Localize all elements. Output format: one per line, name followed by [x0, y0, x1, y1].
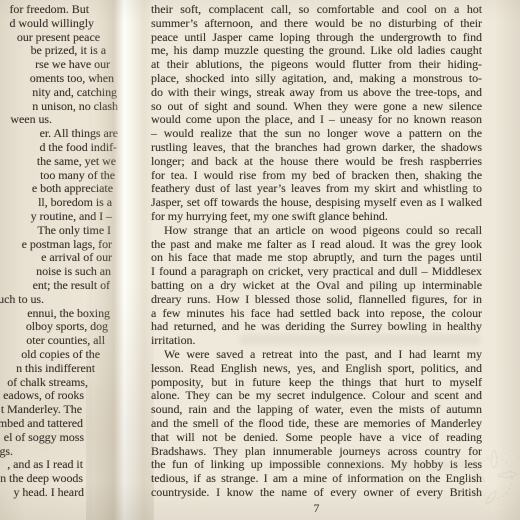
left-page-line: y head. I heard [0, 486, 84, 500]
text-line: do with their wings, streak away from us… [151, 86, 482, 100]
text-line: on his face that made me stop abruptly, … [151, 251, 482, 265]
text-line: rustling leaves, that the branches had g… [151, 141, 482, 155]
text-line: that will not be denied. Some people hav… [151, 431, 482, 445]
left-page-line: gs. [0, 445, 13, 459]
text-line: I found a paragraph on cricket, very pra… [151, 265, 482, 279]
text-line: alone. They can be my secret indulgence.… [151, 389, 482, 403]
right-page-text: their soft, complacent call, so comforta… [151, 3, 482, 500]
left-page-line: n this indifferent [0, 362, 95, 376]
text-line: peace until Jasper came loping through t… [151, 31, 482, 45]
text-line: place, shocked into silly agitation, and… [151, 72, 482, 86]
left-page-line: d would willingly [0, 17, 94, 31]
text-line: longer; and back at the house there woul… [151, 155, 482, 169]
paragraph: How strange that an article on wood pige… [151, 224, 482, 348]
left-page-line: , and as I read it [0, 458, 83, 472]
left-page-line: of chalk streams, [0, 376, 88, 390]
text-line: dreary runs. How I blessed those solid, … [151, 293, 482, 307]
left-page-line: old copies of the [0, 348, 100, 362]
text-line: Bradshaws. They plan innumerable journey… [151, 445, 482, 459]
text-line: We were saved a retreat into the past, a… [151, 348, 482, 362]
text-line: so out of sight and sound. When they wer… [151, 100, 482, 114]
left-page-line: much to us. [0, 293, 44, 307]
text-line: countryside. I know the name of every ow… [151, 486, 482, 500]
text-line: batting on a dry wicket at the Oval and … [151, 279, 482, 293]
page-number: 7 [151, 501, 482, 517]
left-page-line: eadows, of rooks [0, 389, 84, 403]
text-line: and the smell of the flood tide, these a… [151, 417, 482, 431]
left-page-line: ween us. [0, 113, 52, 127]
text-line: the past and make me falter as I read al… [151, 238, 482, 252]
text-line: lesson. Read English news, yes, and Engl… [151, 362, 482, 376]
text-line: would come upon the place, and I – uneas… [151, 113, 482, 127]
book-spread-photo: for freedom. Butd would willinglyour pre… [0, 0, 520, 520]
page-showthrough [240, 334, 480, 345]
watermark-stamp [456, 438, 520, 516]
paragraph: their soft, complacent call, so comforta… [151, 3, 482, 224]
left-page-line: mbed and tattered [0, 417, 83, 431]
left-page-line: for freedom. But [0, 3, 89, 17]
text-line: for tea. I would rise from my bed of bra… [151, 169, 482, 183]
text-line: summer’s afternoon, and there would be n… [151, 17, 482, 31]
left-page-line: t Manderley. The [0, 403, 82, 417]
text-line: their soft, complacent call, so comforta… [151, 3, 482, 17]
text-line: How strange that an article on wood pige… [151, 224, 482, 238]
text-line: tedious, if as strange. I am a mine of i… [151, 472, 482, 486]
text-line: me, his damp muzzle questing the ground.… [151, 44, 482, 58]
text-line: had returned, and he was deriding the Su… [151, 320, 482, 334]
text-line: sound, rain and the lapping of water, ev… [151, 403, 482, 417]
paragraph: We were saved a retreat into the past, a… [151, 348, 482, 500]
left-page-line: el of soggy moss [0, 431, 84, 445]
left-page-line: n the deep woods [0, 472, 83, 486]
text-line: at their ablutions, the pigeons would fl… [151, 58, 482, 72]
book-gutter-shadow [86, 0, 154, 520]
text-line: for my hurrying feet, my one swift glanc… [151, 210, 482, 224]
page-showthrough [300, 460, 480, 470]
text-line: Jasper, set off towards the house, despi… [151, 196, 482, 210]
text-line: a few minutes his face had settled back … [151, 307, 482, 321]
left-page-line: our present peace [0, 31, 100, 45]
text-line: – would realize that the sun no longer w… [151, 127, 482, 141]
text-line: pomposity, but in future keep the things… [151, 376, 482, 390]
text-line: feathery dust of last year’s leaves from… [151, 182, 482, 196]
